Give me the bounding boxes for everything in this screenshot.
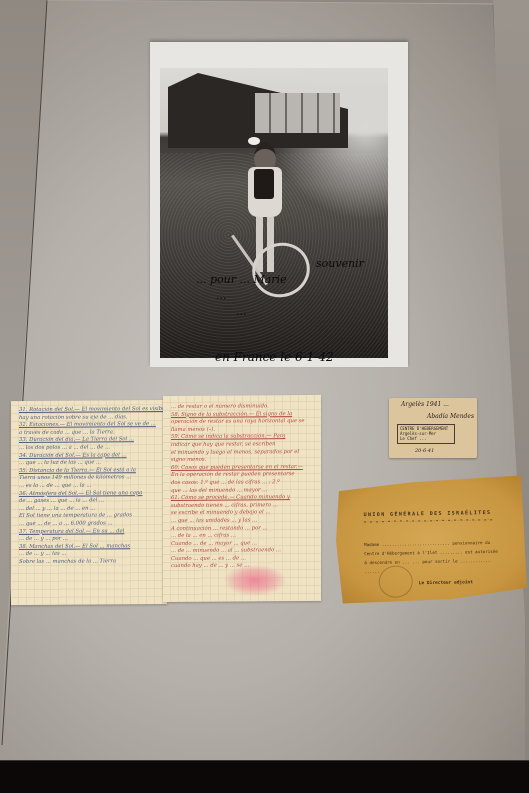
right-page-text: ... de restar o el número disminuido.58.… bbox=[163, 395, 321, 571]
notebook-right-page: ... de restar o el número disminuido.58.… bbox=[163, 395, 321, 602]
notebook-line: Sobre las ... manchas de la ... Tierra bbox=[11, 558, 167, 567]
floor bbox=[0, 760, 529, 793]
pink-ink-stain bbox=[225, 565, 285, 595]
stamp-line: Le Chef ... bbox=[400, 436, 452, 441]
photo-inscription: souvenir ... pour ... Marie ... ... bbox=[196, 256, 386, 320]
inscription-line: ... pour ... Marie bbox=[196, 272, 386, 288]
left-page-text: 31. Rotación del Sol.— El movimiento del… bbox=[11, 400, 167, 567]
card-handwritten-line: Argelès 1941 ... bbox=[401, 401, 449, 408]
historical-photograph: souvenir ... pour ... Marie ... ... bbox=[160, 68, 388, 358]
certificate-rule: =-=-=-=-=-=-=-=-=-=-=-=-=-=-=-=-=-=-=-=-… bbox=[364, 517, 493, 524]
child-vest bbox=[254, 169, 274, 199]
certificate-seal bbox=[378, 565, 413, 598]
certificate-signature: Le Directeur adjoint bbox=[419, 580, 473, 586]
inscription-line: ... bbox=[196, 288, 386, 304]
identity-card: Argelès 1941 ... Abadía Mendes CENTRE D'… bbox=[389, 398, 477, 458]
barrack-wall bbox=[255, 93, 340, 133]
photo-inscription-date: en France le 6-1-42 bbox=[215, 350, 334, 364]
card-name: Abadía Mendes bbox=[427, 413, 474, 420]
school-notebook: 31. Rotación del Sol.— El movimiento del… bbox=[11, 399, 321, 605]
hair-bow bbox=[248, 137, 260, 145]
notebook-line: operación de restar es una raya horizont… bbox=[163, 418, 321, 427]
card-date: 20-6-41 bbox=[415, 448, 434, 454]
notebook-line: 31. Rotación del Sol.— El movimiento del… bbox=[11, 406, 167, 415]
notebook-line: el minuendo y luego el menos, separados … bbox=[163, 448, 321, 457]
notebook-left-page: 31. Rotación del Sol.— El movimiento del… bbox=[11, 400, 167, 605]
card-stamp: CENTRE D'HEBERGEMENT Argelès-sur-Mer Le … bbox=[397, 424, 455, 444]
inscription-line: ... bbox=[196, 304, 386, 320]
yellow-certificate: UNION GÉNÉRALE DES ISRAÉLITES =-=-=-=-=-… bbox=[335, 475, 527, 603]
inscription-line: souvenir bbox=[196, 256, 386, 272]
